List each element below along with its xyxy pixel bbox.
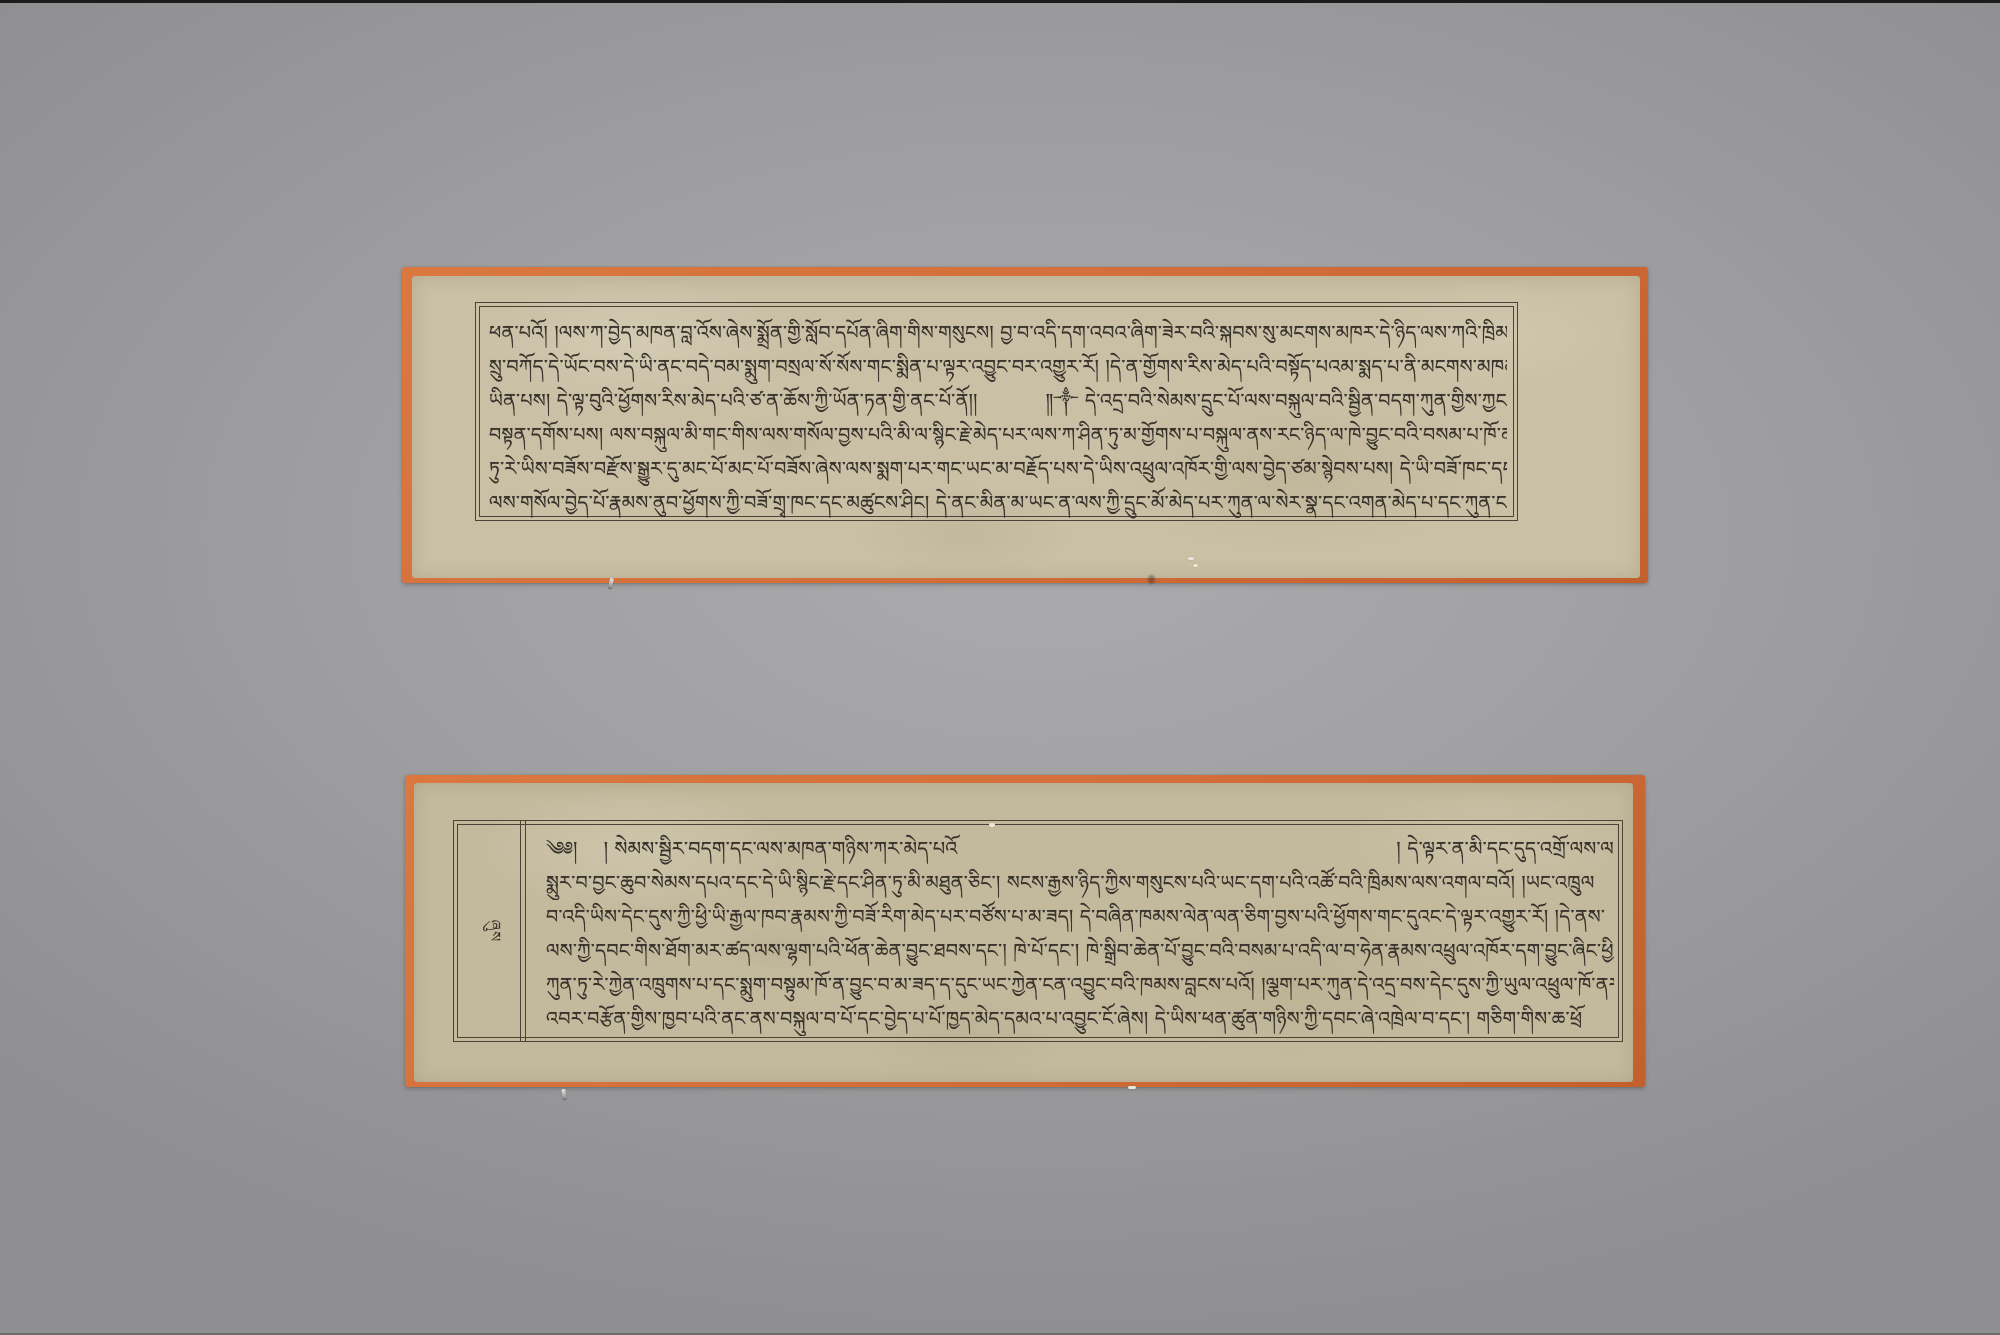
text-segment: ༎༒ དེ་འདྲ་བའི་སེམས་དྲུང་པོ་ལས་བསྐུལ་བའི་… bbox=[1046, 384, 1507, 418]
text-line: ཕན་པའོ། །ལས་ཀ་བྱེད་མཁན་བླ་འོས་ཞེས་སྨྲོན་… bbox=[489, 316, 1507, 350]
text-segment: ། སེམས་སྦྱིར་བདག་དང་ལས་མཁན་གཉིས་ཀར་མེད་པ… bbox=[604, 832, 958, 866]
mounting-pin bbox=[561, 1089, 566, 1099]
image-top-border bbox=[0, 0, 2000, 3]
text-line: འབར་བརྩོན་གྱིས་ཁྱབ་པའི་ནང་ནས་བསྐུལ་བ་པོ་… bbox=[546, 1002, 1614, 1036]
paper-speck bbox=[1188, 557, 1194, 560]
text-line: སྨུར་བ་བྱང་ཆུབ་སེམས་དཔའ་དང་དེ་ཡི་སྙིང་རྗ… bbox=[546, 866, 1614, 900]
text-line: བ་འདི་ཡིས་དེང་དུས་ཀྱི་ཕྱི་ཡི་རྒྱལ་ཁབ་རྣམ… bbox=[546, 900, 1614, 934]
text-line: ༄༅། ། སེམས་སྦྱིར་བདག་དང་ལས་མཁན་གཉིས་ཀར་མ… bbox=[546, 832, 1614, 866]
manuscript-leaf-top: ཕན་པའོ། །ལས་ཀ་བྱེད་མཁན་བླ་འོས་ཞེས་སྨྲོན་… bbox=[402, 267, 1648, 583]
text-line: སྲུ་བཀོད་དེ་ཡོང་བས་དེ་ཡི་ནང་བདེ་བམ་སྨུག་… bbox=[489, 350, 1507, 384]
text-segment: ཡིན་པས། དེ་ལྟ་བུའི་ཕྱོགས་རིས་མེད་པའི་ཙ་ན… bbox=[489, 384, 978, 418]
text-block-bottom-leaf: ༄༅། ། སེམས་སྦྱིར་བདག་དང་ལས་མཁན་གཉིས་ཀར་མ… bbox=[536, 821, 1622, 1041]
paper-bottom-leaf: ཞུས ༄༅། ། སེམས་སྦྱིར་བདག་དང་ལས་མཁན་གཉིས་… bbox=[414, 783, 1633, 1082]
mounting-pin bbox=[608, 578, 614, 589]
thread-speck bbox=[1128, 1086, 1136, 1089]
edge-smudge bbox=[1148, 575, 1155, 584]
text-line: ལས་ཀྱི་དབང་གིས་ཐོག་མར་ཚད་ལས་ལྷག་པའི་ཕོན་… bbox=[546, 934, 1614, 968]
folio-margin-column: ཞུས bbox=[454, 821, 526, 1041]
section-gap bbox=[978, 384, 1046, 418]
text-line: ཡིན་པས། དེ་ལྟ་བུའི་ཕྱོགས་རིས་མེད་པའི་ཙ་ན… bbox=[489, 384, 1507, 418]
text-block-top-leaf: ཕན་པའོ། །ལས་ཀ་བྱེད་མཁན་བླ་འོས་ཞེས་སྨྲོན་… bbox=[476, 303, 1517, 520]
text-line: ཀུན་ཏུ་རེ་ཀྱེན་འཁྲུགས་པ་དང་སྨུག་བསྟུམ་ཁོ… bbox=[546, 968, 1614, 1002]
manuscript-leaf-bottom: ཞུས ༄༅། ། སེམས་སྦྱིར་བདག་དང་ལས་མཁན་གཉིས་… bbox=[405, 775, 1645, 1087]
section-gap bbox=[958, 832, 1397, 866]
photograph-background: ཕན་པའོ། །ལས་ཀ་བྱེད་མཁན་བླ་འོས་ཞེས་སྨྲོན་… bbox=[0, 0, 2000, 1335]
yig-mgo-head-mark: ༄༅། bbox=[546, 832, 578, 866]
paper-speck bbox=[989, 823, 995, 827]
paper-top-leaf: ཕན་པའོ། །ལས་ཀ་བྱེད་མཁན་བླ་འོས་ཞེས་སྨྲོན་… bbox=[412, 276, 1640, 578]
paper-speck bbox=[1193, 564, 1198, 567]
text-line: བསྟན་དགོས་པས། ལས་བསྐུལ་མི་གང་གིས་ལས་གསོལ… bbox=[489, 418, 1507, 452]
text-line: ལས་གསོལ་བྱེད་པོ་རྣམས་ནུབ་ཕྱོགས་ཀྱི་བཟོ་ག… bbox=[489, 486, 1507, 520]
text-segment: ། དེ་ལྟར་ན་མི་དང་དུད་འགྲོ་ལས་ལ bbox=[1396, 832, 1614, 866]
text-frame-bottom-leaf: ཞུས ༄༅། ། སེམས་སྦྱིར་བདག་དང་ལས་མཁན་གཉིས་… bbox=[453, 820, 1623, 1042]
text-line: ཏུ་རེ་ཡིས་བཟོས་བརྫོས་སྒྱུར་དུ་མང་པོ་མང་པ… bbox=[489, 452, 1507, 486]
text-frame-top-leaf: ཕན་པའོ། །ལས་ཀ་བྱེད་མཁན་བླ་འོས་ཞེས་སྨྲོན་… bbox=[475, 302, 1518, 521]
folio-margin-label: ཞུས bbox=[469, 920, 511, 943]
